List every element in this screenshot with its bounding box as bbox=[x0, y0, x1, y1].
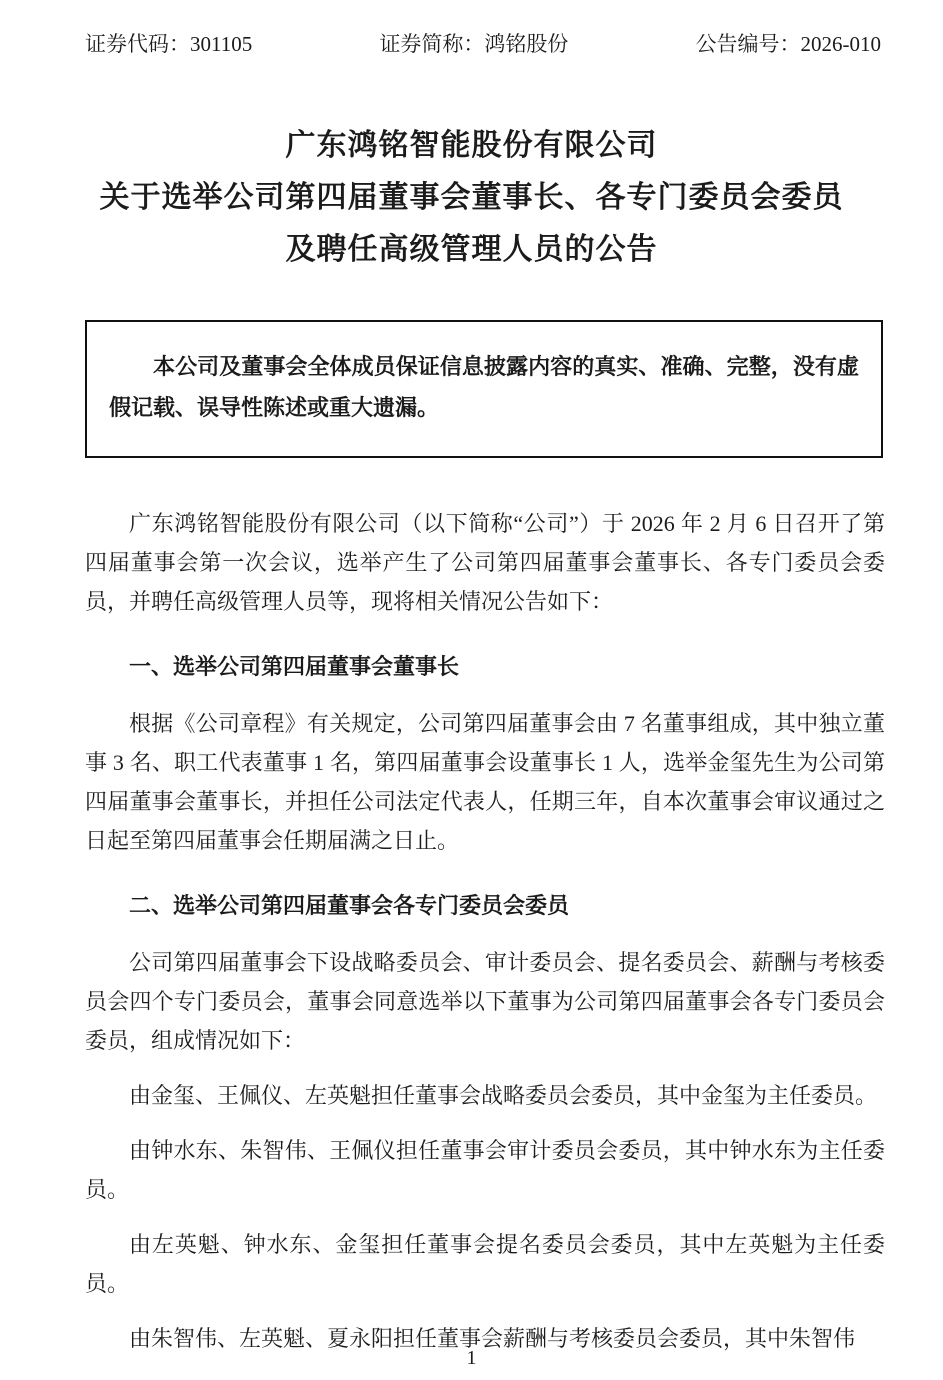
stock-name: 证券简称：鸿铭股份 bbox=[379, 28, 568, 58]
title-line-company: 广东鸿铭智能股份有限公司 bbox=[0, 120, 943, 172]
section2-heading: 二、选举公司第四届董事会各专门委员会委员 bbox=[85, 886, 885, 925]
committee-paragraph-strategy: 由金玺、王佩仪、左英魁担任董事会战略委员会委员，其中金玺为主任委员。 bbox=[85, 1076, 885, 1115]
announcement-number: 公告编号：2026-010 bbox=[695, 28, 881, 58]
disclaimer-box: 本公司及董事会全体成员保证信息披露内容的真实、准确、完整，没有虚假记载、误导性陈… bbox=[85, 320, 883, 458]
section1-heading: 一、选举公司第四届董事会董事长 bbox=[85, 647, 885, 686]
stock-code: 证券代码：301105 bbox=[85, 28, 252, 58]
intro-paragraph: 广东鸿铭智能股份有限公司（以下简称“公司”）于 2026 年 2 月 6 日召开… bbox=[85, 504, 885, 621]
page-number: 1 bbox=[0, 1347, 943, 1370]
title-line-suffix: 及聘任高级管理人员的公告 bbox=[0, 224, 943, 276]
committee-paragraph-nomination: 由左英魁、钟水东、金玺担任董事会提名委员会委员，其中左英魁为主任委员。 bbox=[85, 1225, 885, 1303]
title-line-subject: 关于选举公司第四届董事会董事长、各专门委员会委员 bbox=[0, 172, 943, 224]
document-title: 广东鸿铭智能股份有限公司 关于选举公司第四届董事会董事长、各专门委员会委员 及聘… bbox=[0, 120, 943, 276]
section1-paragraph: 根据《公司章程》有关规定，公司第四届董事会由 7 名董事组成，其中独立董事 3 … bbox=[85, 704, 885, 860]
section2-paragraph: 公司第四届董事会下设战略委员会、审计委员会、提名委员会、薪酬与考核委员会四个专门… bbox=[85, 943, 885, 1060]
document-body: 广东鸿铭智能股份有限公司（以下简称“公司”）于 2026 年 2 月 6 日召开… bbox=[85, 504, 885, 1358]
committee-paragraph-audit: 由钟水东、朱智伟、王佩仪担任董事会审计委员会委员，其中钟水东为主任委员。 bbox=[85, 1131, 885, 1209]
disclaimer-text: 本公司及董事会全体成员保证信息披露内容的真实、准确、完整，没有虚假记载、误导性陈… bbox=[109, 346, 859, 428]
announcement-page: 证券代码：301105 证券简称：鸿铭股份 公告编号：2026-010 广东鸿铭… bbox=[0, 0, 943, 1380]
document-header: 证券代码：301105 证券简称：鸿铭股份 公告编号：2026-010 bbox=[85, 28, 881, 58]
